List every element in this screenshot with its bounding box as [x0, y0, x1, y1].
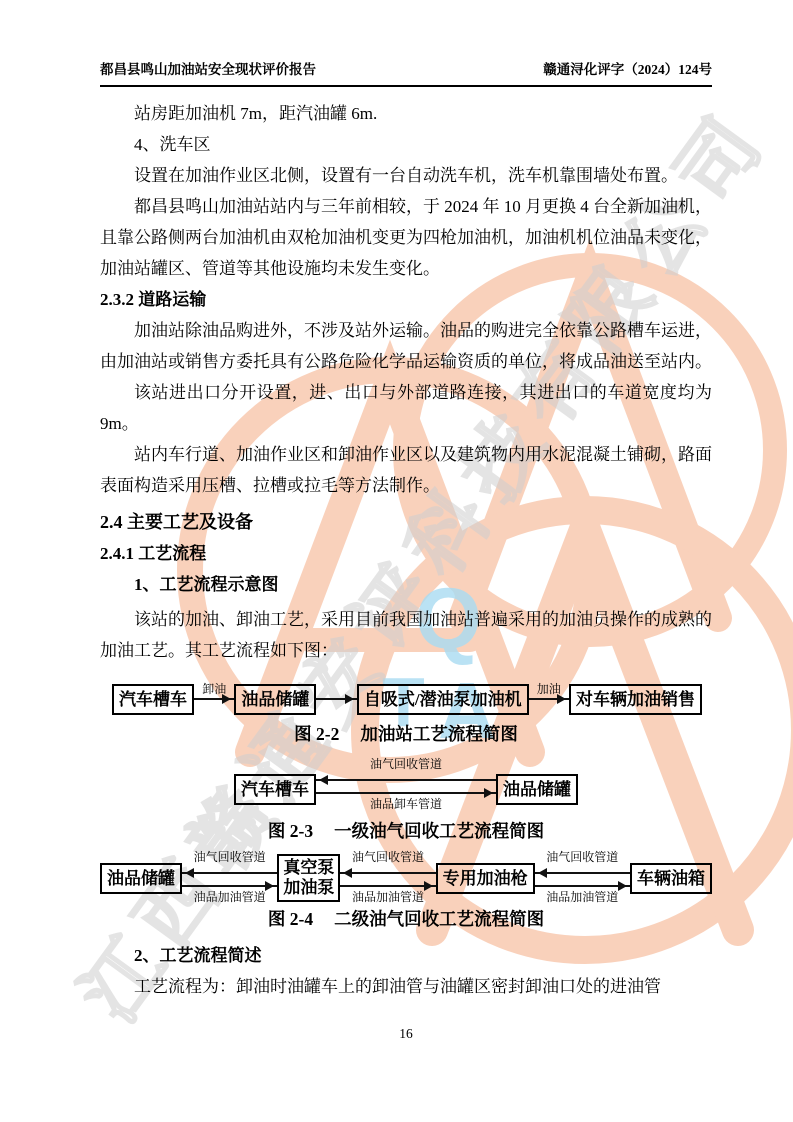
- label-fueling-pipe: 油品加油管道: [194, 891, 266, 904]
- paragraph-process-description: 工艺流程为：卸油时油罐车上的卸油管与油罐区密封卸油口处的进油管: [100, 971, 712, 1002]
- figure-2-4-title: 二级油气回收工艺流程简图: [334, 909, 544, 929]
- document-page: Q T A 江西赣通安评科技有限公司 都昌县鸣山加油站安全现状评价报告 赣通浔化…: [0, 0, 793, 1122]
- paragraph-wash-area: 设置在加油作业区北侧，设置有一台自动洗车机，洗车机靠围墙处布置。: [100, 160, 712, 191]
- paragraph-station-changes: 都昌县鸣山加油站站内与三年前相较，于 2024 年 10 月更换 4 台全新加油…: [100, 191, 712, 284]
- heading-wash-area: 4、洗车区: [100, 129, 712, 160]
- paragraph-entrances: 该站进出口分开设置，进、出口与外部道路连接，其进出口的车道宽度均为 9m。: [100, 377, 712, 439]
- arrow-left-icon: [535, 872, 630, 874]
- figure-2-2-label: 图 2-2: [294, 724, 339, 744]
- flow-box-vehicle-sales: 对车辆加油销售: [569, 684, 702, 715]
- header-doc-number: 赣通浔化评字（2024）124号: [543, 58, 712, 78]
- label-vapor-recovery-pipe: 油气回收管道: [370, 758, 442, 771]
- label-fueling-pipe: 油品加油管道: [546, 891, 618, 904]
- arrow-left-icon: [340, 872, 435, 874]
- header-report-title: 都昌县鸣山加油站安全现状评价报告: [100, 58, 316, 78]
- figure-2-4-caption: 图 2-4二级油气回收工艺流程简图: [100, 906, 712, 932]
- paragraph-road-transport: 加油站除油品购进外，不涉及站外运输。油品的购进完全依靠公路槽车运进，由加油站或销…: [100, 315, 712, 377]
- arrow-right-icon: [340, 885, 435, 887]
- paragraph-distances: 站房距加油机 7m，距汽油罐 6m.: [100, 98, 712, 129]
- figure-2-4-flow: 油品储罐 油气回收管道 油品加油管道 真空泵 加油泵 油气回收管道 油品加油管道…: [100, 850, 712, 906]
- arrow-right-icon: [316, 792, 496, 794]
- flow-box-storage-tank: 油品储罐: [234, 684, 316, 715]
- label-unloading-pipe: 油品卸车管道: [370, 798, 442, 811]
- flow-box-vehicle-fuel-tank: 车辆油箱: [630, 863, 712, 894]
- heading-flow-diagram: 1、工艺流程示意图: [100, 569, 712, 600]
- flow-box-special-nozzle: 专用加油枪: [436, 863, 535, 894]
- arrow-right-icon: [194, 698, 234, 700]
- label-fueling-pipe: 油品加油管道: [352, 891, 424, 904]
- paragraph-process-intro: 该站的加油、卸油工艺，采用目前我国加油站普遍采用的加油员操作的成熟的加油工艺。其…: [100, 604, 712, 666]
- figure-2-2-caption: 图 2-2加油站工艺流程简图: [100, 721, 712, 747]
- flow-connector: 卸油: [194, 682, 234, 716]
- heading-2-3-2: 2.3.2 道路运输: [100, 284, 712, 315]
- flow-box-tank-truck: 汽车槽车: [234, 774, 316, 805]
- arrow-right-icon: [182, 885, 277, 887]
- heading-2-4-1: 2.4.1 工艺流程: [100, 538, 712, 569]
- figure-2-3-flow: 汽车槽车 油气回收管道 油品卸车管道 油品储罐: [100, 757, 712, 813]
- page-content: 都昌县鸣山加油站安全现状评价报告 赣通浔化评字（2024）124号 站房距加油机…: [0, 0, 793, 1049]
- figure-2-2-title: 加油站工艺流程简图: [360, 724, 518, 744]
- flow-dual-connector: 油气回收管道 油品加油管道: [182, 850, 277, 906]
- figure-2-3-caption: 图 2-3一级油气回收工艺流程简图: [100, 818, 712, 844]
- flow-dual-connector: 油气回收管道 油品加油管道: [535, 850, 630, 906]
- page-header: 都昌县鸣山加油站安全现状评价报告 赣通浔化评字（2024）124号: [100, 58, 712, 87]
- body-text: 站房距加油机 7m，距汽油罐 6m. 4、洗车区 设置在加油作业区北侧，设置有一…: [100, 98, 712, 1049]
- flow-dual-connector: 油气回收管道 油品卸车管道: [316, 757, 496, 813]
- arrow-right-icon: [529, 698, 569, 700]
- figure-2-4-label: 图 2-4: [268, 909, 313, 929]
- flow-box-storage-tank: 油品储罐: [100, 863, 182, 894]
- arrow-left-icon: [182, 872, 277, 874]
- label-vapor-recovery-pipe: 油气回收管道: [194, 851, 266, 864]
- flow-box-storage-tank: 油品储罐: [496, 774, 578, 805]
- paragraph-pavement: 站内车行道、加油作业区和卸油作业区以及建筑物内用水泥混凝土铺砌，路面表面构造采用…: [100, 439, 712, 501]
- label-vapor-recovery-pipe: 油气回收管道: [352, 851, 424, 864]
- figure-2-3-label: 图 2-3: [268, 821, 313, 841]
- flow-box-dispenser: 自吸式/潜油泵加油机: [357, 684, 529, 715]
- page-number: 16: [100, 1018, 712, 1049]
- flow-box-tank-truck: 汽车槽车: [112, 684, 194, 715]
- heading-2-4: 2.4 主要工艺及设备: [100, 507, 712, 538]
- label-vapor-recovery-pipe: 油气回收管道: [546, 851, 618, 864]
- flow-connector: 加油: [529, 682, 569, 716]
- flow-connector: [316, 682, 356, 716]
- flow-box-vacuum-fuel-pump: 真空泵 加油泵: [277, 854, 340, 902]
- arrow-left-icon: [316, 779, 496, 781]
- arrow-right-icon: [535, 885, 630, 887]
- figure-2-2-flow: 汽车槽车 卸油 油品储罐 自吸式/潜油泵加油机 加油 对车辆加油销售: [112, 682, 702, 716]
- flow-dual-connector: 油气回收管道 油品加油管道: [340, 850, 435, 906]
- figure-2-3-title: 一级油气回收工艺流程简图: [334, 821, 544, 841]
- heading-process-description: 2、工艺流程简述: [100, 940, 712, 971]
- arrow-right-icon: [316, 698, 356, 700]
